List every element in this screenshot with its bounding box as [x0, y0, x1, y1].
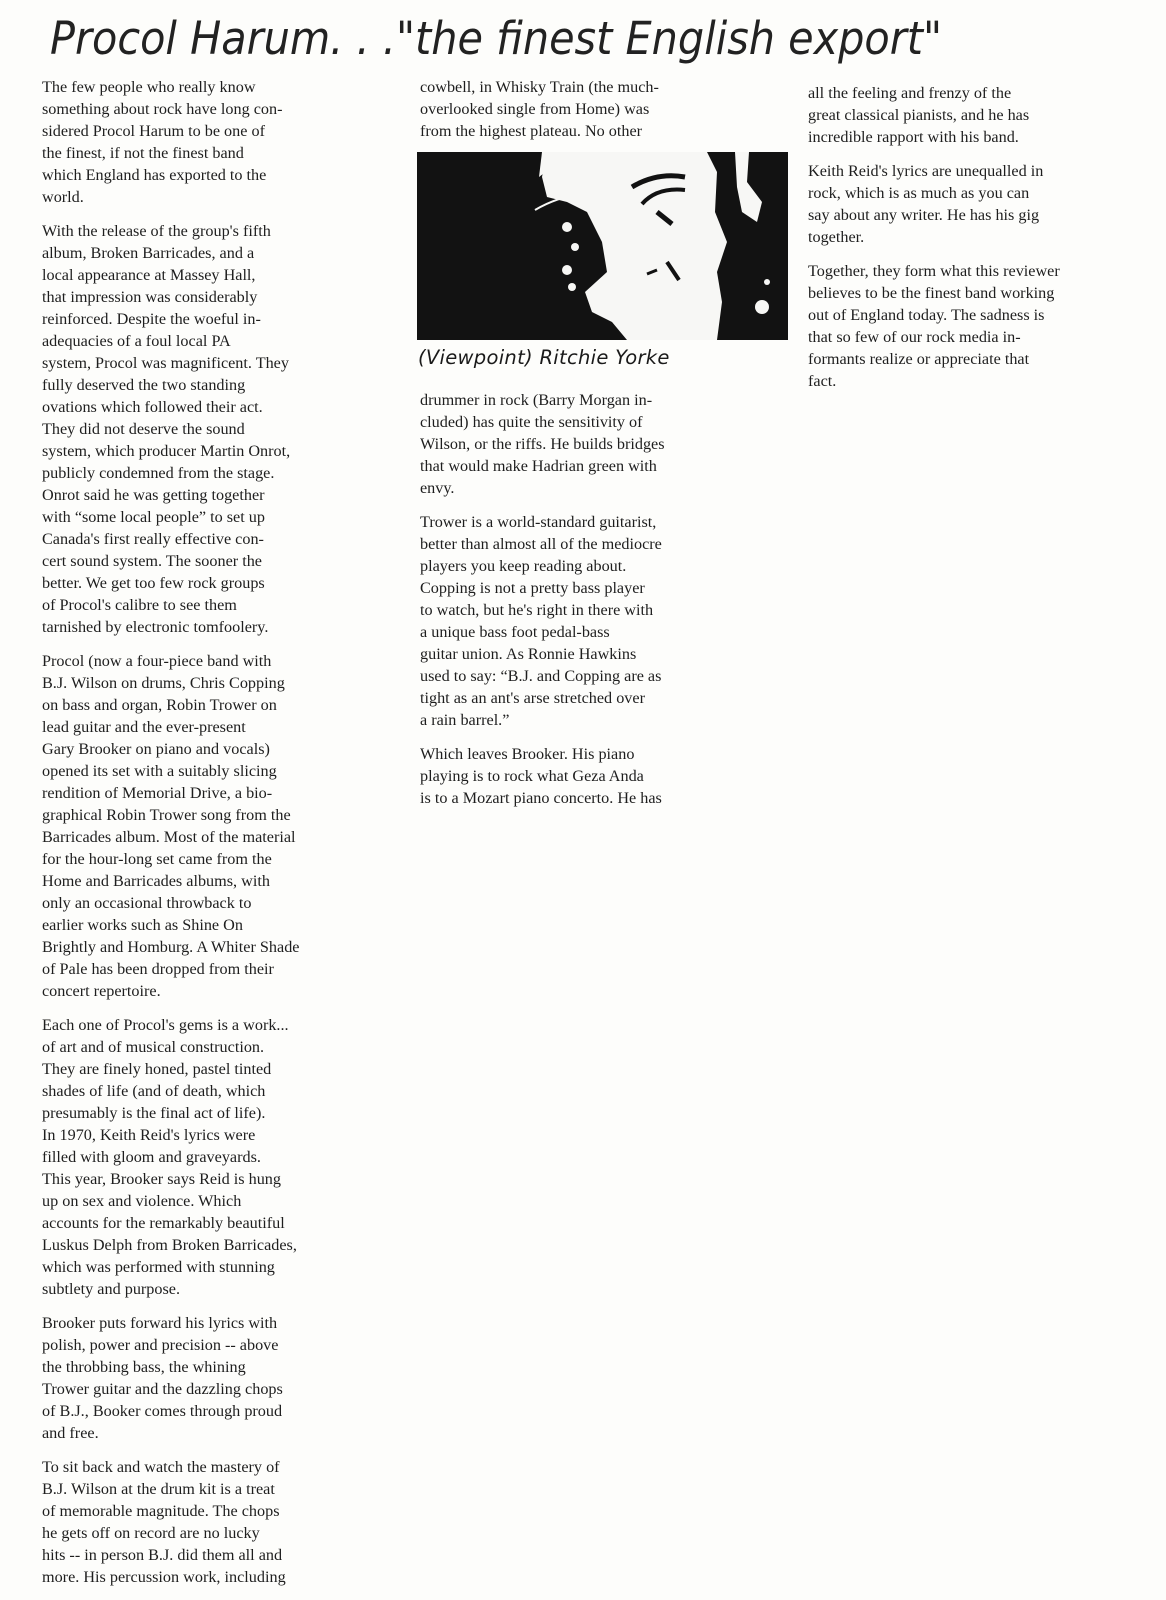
text-line: opened its set with a suitably slicing	[42, 760, 382, 782]
text-line: of art and of musical construction.	[42, 1036, 382, 1058]
text-line: used to say: “B.J. and Copping are as	[420, 665, 770, 687]
article-column-3: all the feeling and frenzy of the great …	[808, 82, 1148, 404]
text-line: something about rock have long con-	[42, 98, 382, 120]
text-line: graphical Robin Trower song from the	[42, 804, 382, 826]
text-line: The few people who really know	[42, 76, 382, 98]
text-line: This year, Brooker says Reid is hung	[42, 1168, 382, 1190]
text-line: great classical pianists, and he has	[808, 104, 1148, 126]
paragraph: Procol (now a four-piece band with B.J. …	[42, 650, 382, 1002]
text-line: To sit back and watch the mastery of	[42, 1456, 382, 1478]
paragraph: Together, they form what this reviewer b…	[808, 260, 1148, 392]
paragraph: Trower is a world-standard guitarist, be…	[420, 511, 770, 731]
article-column-1: The few people who really know something…	[42, 76, 382, 1600]
text-line: In 1970, Keith Reid's lyrics were	[42, 1124, 382, 1146]
text-line: for the hour-long set came from the	[42, 848, 382, 870]
text-line: a unique bass foot pedal-bass	[420, 621, 770, 643]
text-line: and free.	[42, 1422, 382, 1444]
paragraph: Each one of Procol's gems is a work... o…	[42, 1014, 382, 1300]
text-line: formants realize or appreciate that	[808, 348, 1148, 370]
text-line: that so few of our rock media in-	[808, 326, 1148, 348]
paragraph: With the release of the group's fifth al…	[42, 220, 382, 638]
text-line: local appearance at Massey Hall,	[42, 264, 382, 286]
text-line: of B.J., Booker comes through proud	[42, 1400, 382, 1422]
text-line: on bass and organ, Robin Trower on	[42, 694, 382, 716]
text-line: incredible rapport with his band.	[808, 126, 1148, 148]
text-line: Trower guitar and the dazzling chops	[42, 1378, 382, 1400]
text-line: Barricades album. Most of the material	[42, 826, 382, 848]
paragraph: cowbell, in Whisky Train (the much- over…	[420, 76, 770, 142]
text-line: overlooked single from Home) was	[420, 98, 770, 120]
text-line: B.J. Wilson at the drum kit is a treat	[42, 1478, 382, 1500]
text-line: ovations which followed their act.	[42, 396, 382, 418]
text-line: cluded) has quite the sensitivity of	[420, 411, 770, 433]
text-line: Gary Brooker on piano and vocals)	[42, 738, 382, 760]
text-line: With the release of the group's fifth	[42, 220, 382, 242]
portrait-photo-icon	[417, 152, 788, 340]
text-line: system, Procol was magnificent. They	[42, 352, 382, 374]
text-line: subtlety and purpose.	[42, 1278, 382, 1300]
text-line: together.	[808, 226, 1148, 248]
text-line: Luskus Delph from Broken Barricades,	[42, 1234, 382, 1256]
text-line: rock, which is as much as you can	[808, 182, 1148, 204]
text-line: lead guitar and the ever-present	[42, 716, 382, 738]
text-line: filled with gloom and graveyards.	[42, 1146, 382, 1168]
text-line: of memorable magnitude. The chops	[42, 1500, 382, 1522]
text-line: concert repertoire.	[42, 980, 382, 1002]
text-line: guitar union. As Ronnie Hawkins	[420, 643, 770, 665]
paragraph: The few people who really know something…	[42, 76, 382, 208]
paragraph: drummer in rock (Barry Morgan in- cluded…	[420, 389, 770, 499]
text-line: Home and Barricades albums, with	[42, 870, 382, 892]
text-line: up on sex and violence. Which	[42, 1190, 382, 1212]
text-line: only an occasional throwback to	[42, 892, 382, 914]
text-line: that impression was considerably	[42, 286, 382, 308]
text-line: better than almost all of the mediocre	[420, 533, 770, 555]
text-line: drummer in rock (Barry Morgan in-	[420, 389, 770, 411]
paragraph: Which leaves Brooker. His piano playing …	[420, 743, 770, 809]
text-line: which was performed with stunning	[42, 1256, 382, 1278]
article-column-2-bottom: drummer in rock (Barry Morgan in- cluded…	[420, 389, 770, 821]
text-line: cert sound system. The sooner the	[42, 550, 382, 572]
text-line: all the feeling and frenzy of the	[808, 82, 1148, 104]
text-line: believes to be the finest band working	[808, 282, 1148, 304]
paragraph: Keith Reid's lyrics are unequalled in ro…	[808, 160, 1148, 248]
text-line: playing is to rock what Geza Anda	[420, 765, 770, 787]
text-line: system, which producer Martin Onrot,	[42, 440, 382, 462]
text-line: rendition of Memorial Drive, a bio-	[42, 782, 382, 804]
text-line: better. We get too few rock groups	[42, 572, 382, 594]
text-line: of Procol's calibre to see them	[42, 594, 382, 616]
text-line: out of England today. The sadness is	[808, 304, 1148, 326]
text-line: tight as an ant's arse stretched over	[420, 687, 770, 709]
article-column-2-top: cowbell, in Whisky Train (the much- over…	[420, 76, 770, 154]
text-line: a rain barrel.”	[420, 709, 770, 731]
text-line: that would make Hadrian green with	[420, 455, 770, 477]
text-line: polish, power and precision -- above	[42, 1334, 382, 1356]
text-line: of Pale has been dropped from their	[42, 958, 382, 980]
text-line: he gets off on record are no lucky	[42, 1522, 382, 1544]
text-line: Which leaves Brooker. His piano	[420, 743, 770, 765]
text-line: say about any writer. He has his gig	[808, 204, 1148, 226]
text-line: publicly condemned from the stage.	[42, 462, 382, 484]
text-line: earlier works such as Shine On	[42, 914, 382, 936]
text-line: They did not deserve the sound	[42, 418, 382, 440]
text-line: Copping is not a pretty bass player	[420, 577, 770, 599]
text-line: sidered Procol Harum to be one of	[42, 120, 382, 142]
text-line: Procol (now a four-piece band with	[42, 650, 382, 672]
text-line: Wilson, or the riffs. He builds bridges	[420, 433, 770, 455]
text-line: album, Broken Barricades, and a	[42, 242, 382, 264]
article-byline: (Viewpoint) Ritchie Yorke	[418, 346, 670, 369]
text-line: B.J. Wilson on drums, Chris Copping	[42, 672, 382, 694]
text-line: players you keep reading about.	[420, 555, 770, 577]
text-line: fact.	[808, 370, 1148, 392]
text-line: Brooker puts forward his lyrics with	[42, 1312, 382, 1334]
text-line: Trower is a world-standard guitarist,	[420, 511, 770, 533]
text-line: Brightly and Homburg. A Whiter Shade	[42, 936, 382, 958]
text-line: the finest, if not the finest band	[42, 142, 382, 164]
text-line: tarnished by electronic tomfoolery.	[42, 616, 382, 638]
text-line: Canada's first really effective con-	[42, 528, 382, 550]
text-line: is to a Mozart piano concerto. He has	[420, 787, 770, 809]
text-line: adequacies of a foul local PA	[42, 330, 382, 352]
text-line: reinforced. Despite the woeful in-	[42, 308, 382, 330]
text-line: presumably is the final act of life).	[42, 1102, 382, 1124]
text-line: more. His percussion work, including	[42, 1566, 382, 1588]
text-line: shades of life (and of death, which	[42, 1080, 382, 1102]
text-line: from the highest plateau. No other	[420, 120, 770, 142]
text-line: accounts for the remarkably beautiful	[42, 1212, 382, 1234]
text-line: world.	[42, 186, 382, 208]
paragraph: To sit back and watch the mastery of B.J…	[42, 1456, 382, 1588]
text-line: hits -- in person B.J. did them all and	[42, 1544, 382, 1566]
paragraph: Brooker puts forward his lyrics with pol…	[42, 1312, 382, 1444]
text-line: Together, they form what this reviewer	[808, 260, 1148, 282]
text-line: They are finely honed, pastel tinted	[42, 1058, 382, 1080]
text-line: fully deserved the two standing	[42, 374, 382, 396]
paragraph: all the feeling and frenzy of the great …	[808, 82, 1148, 148]
text-line: to watch, but he's right in there with	[420, 599, 770, 621]
text-line: the throbbing bass, the whining	[42, 1356, 382, 1378]
text-line: Keith Reid's lyrics are unequalled in	[808, 160, 1148, 182]
article-headline: Procol Harum. . ."the finest English exp…	[50, 12, 942, 65]
text-line: with “some local people” to set up	[42, 506, 382, 528]
text-line: which England has exported to the	[42, 164, 382, 186]
text-line: Each one of Procol's gems is a work...	[42, 1014, 382, 1036]
text-line: Onrot said he was getting together	[42, 484, 382, 506]
text-line: cowbell, in Whisky Train (the much-	[420, 76, 770, 98]
text-line: envy.	[420, 477, 770, 499]
